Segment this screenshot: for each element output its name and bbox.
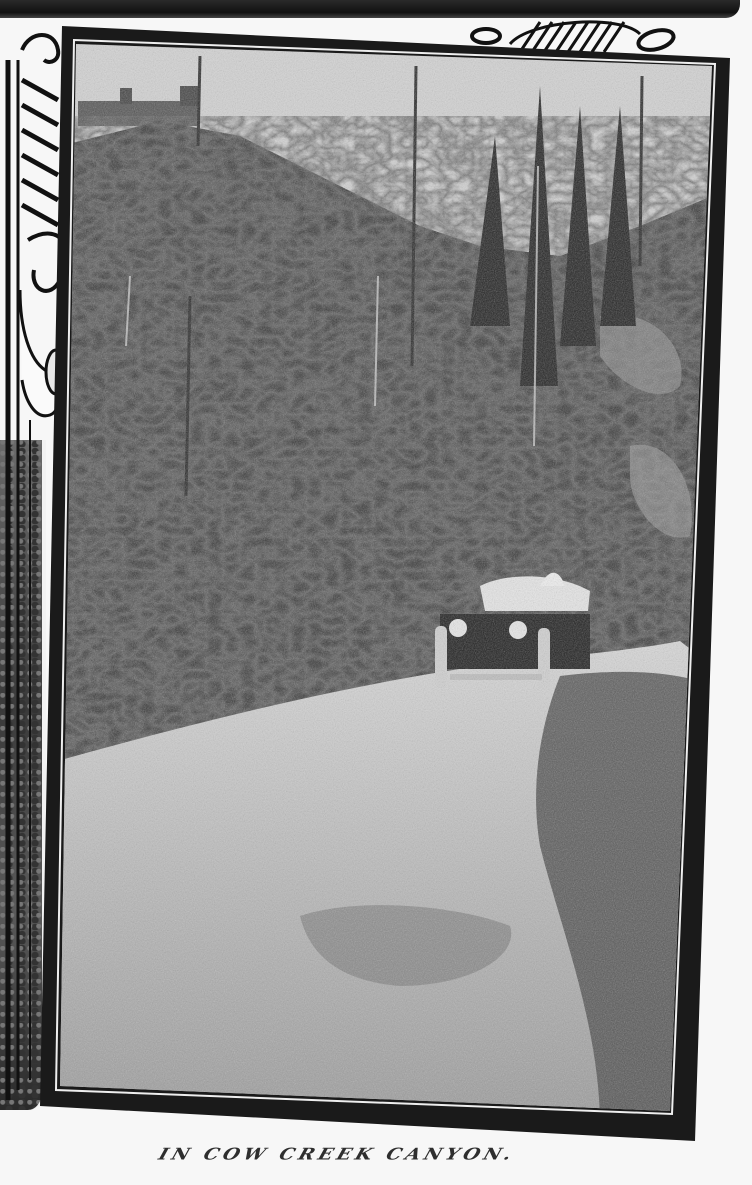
photograph (40, 26, 730, 1141)
photo-caption: IN COW CREEK CANYON. (154, 1145, 722, 1171)
